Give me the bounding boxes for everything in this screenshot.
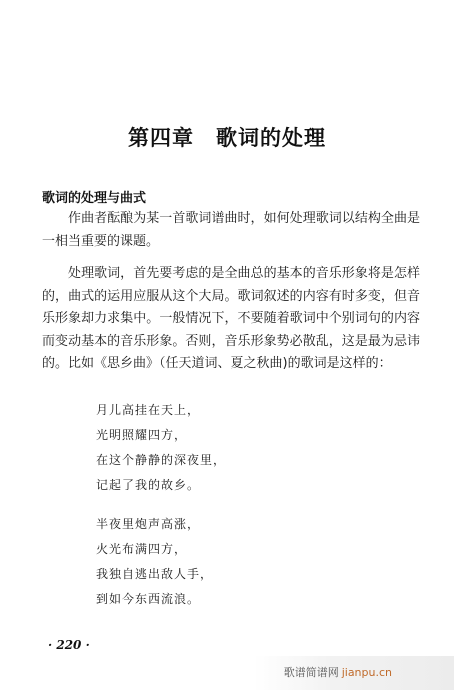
poem-line: 到如今东西流浪。 bbox=[96, 587, 213, 612]
paragraph-1-text: 作曲者酝酿为某一首歌词谱曲时，如何处理歌词以结构全曲是一相当重要的课题。 bbox=[42, 211, 420, 249]
book-page: 第四章歌词的处理 歌词的处理与曲式 作曲者酝酿为某一首歌词谱曲时，如何处理歌词以… bbox=[0, 0, 454, 690]
poem-stanza-2: 半夜里炮声高涨， 火光布满四方， 我独自逃出敌人手， 到如今东西流浪。 bbox=[96, 512, 213, 612]
poem-line: 光明照耀四方， bbox=[96, 423, 226, 448]
paragraph-1: 作曲者酝酿为某一首歌词谱曲时，如何处理歌词以结构全曲是一相当重要的课题。 bbox=[42, 208, 420, 253]
watermark-url: jianpu.cn bbox=[342, 666, 392, 679]
chapter-title: 第四章歌词的处理 bbox=[0, 122, 454, 152]
poem-line: 记起了我的故乡。 bbox=[96, 473, 226, 498]
chapter-name: 歌词的处理 bbox=[216, 125, 326, 150]
poem-line: 火光布满四方， bbox=[96, 537, 213, 562]
watermark: 歌谱简谱网jianpu.cn bbox=[284, 664, 392, 680]
chapter-number: 第四章 bbox=[128, 125, 194, 150]
poem-line: 我独自逃出敌人手， bbox=[96, 562, 213, 587]
section-heading: 歌词的处理与曲式 bbox=[42, 187, 146, 206]
poem-line: 在这个静静的深夜里， bbox=[96, 448, 226, 473]
poem-stanza-1: 月儿高挂在天上， 光明照耀四方， 在这个静静的深夜里， 记起了我的故乡。 bbox=[96, 398, 226, 498]
poem-line: 半夜里炮声高涨， bbox=[96, 512, 213, 537]
poem-line: 月儿高挂在天上， bbox=[96, 398, 226, 423]
watermark-site-name: 歌谱简谱网 bbox=[284, 666, 339, 679]
page-number: · 220 · bbox=[48, 638, 90, 652]
paragraph-2-text: 处理歌词，首先要考虑的是全曲总的基本的音乐形象将是怎样的，曲式的运用应服从这个大… bbox=[42, 266, 420, 371]
paragraph-2: 处理歌词，首先要考虑的是全曲总的基本的音乐形象将是怎样的，曲式的运用应服从这个大… bbox=[42, 263, 420, 376]
